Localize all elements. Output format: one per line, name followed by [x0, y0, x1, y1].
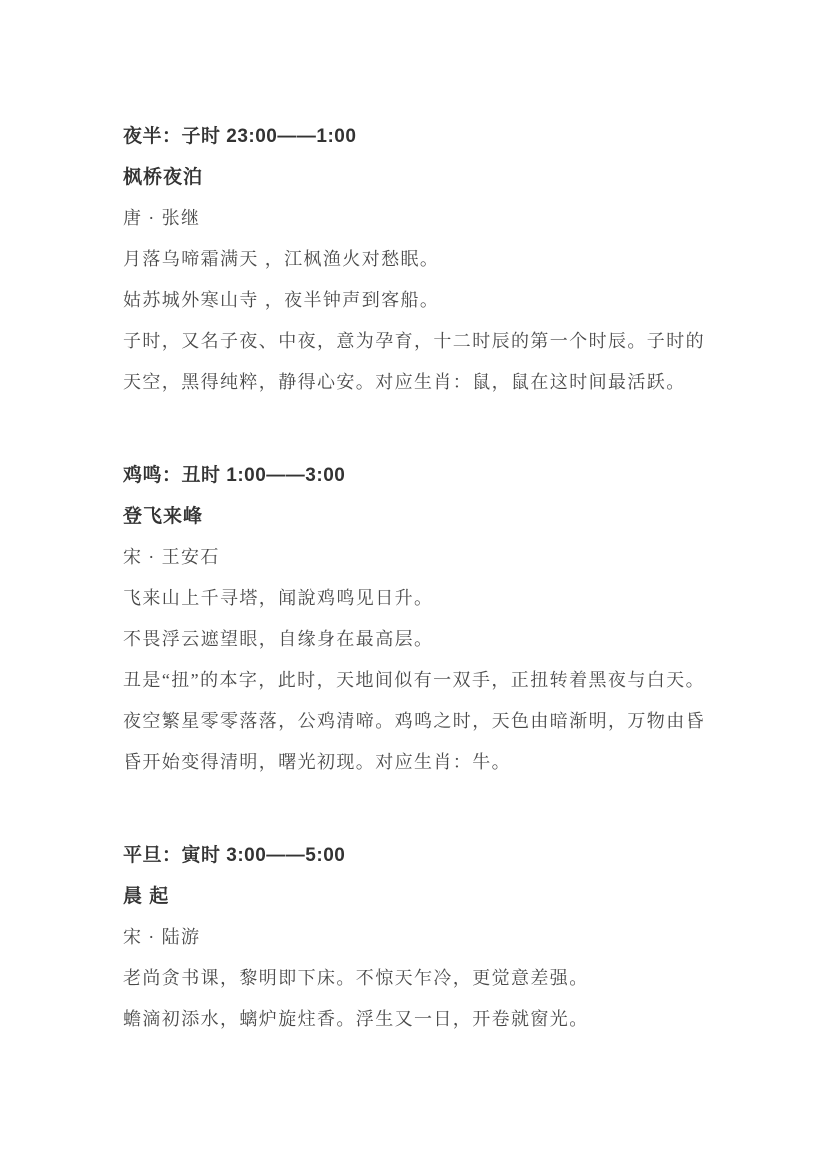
poem-title: 枫桥夜泊 [123, 157, 705, 198]
section-heading: 夜半：子时 23:00——1:00 [123, 116, 705, 157]
poem-line: 老尚贪书课，黎明即下床。不惊天乍冷，更觉意差强。 [123, 958, 705, 999]
poem-author: 宋 · 王安石 [123, 537, 705, 578]
poem-line: 姑苏城外寒山寺 ，夜半钟声到客船。 [123, 280, 705, 321]
poem-title: 登飞来峰 [123, 496, 705, 537]
poem-line: 月落乌啼霜满天 ，江枫渔火对愁眠。 [123, 239, 705, 280]
section-yinshi: 平旦：寅时 3:00——5:00 晨 起 宋 · 陆游 老尚贪书课，黎明即下床。… [123, 835, 705, 1040]
section-zishi: 夜半：子时 23:00——1:00 枫桥夜泊 唐 · 张继 月落乌啼霜满天 ，江… [123, 116, 705, 403]
section-heading: 鸡鸣：丑时 1:00——3:00 [123, 455, 705, 496]
commentary-paragraph: 丑是“扭”的本字，此时，天地间似有一双手，正扭转着黑夜与白天。夜空繁星零零落落，… [123, 660, 705, 783]
commentary-paragraph: 子时，又名子夜、中夜，意为孕育，十二时辰的第一个时辰。子时的天空，黑得纯粹，静得… [123, 321, 705, 403]
poem-line: 不畏浮云遮望眼，自缘身在最高层。 [123, 619, 705, 660]
poem-line: 飞来山上千寻塔，闻說鸡鸣见日升。 [123, 578, 705, 619]
document-page: 夜半：子时 23:00——1:00 枫桥夜泊 唐 · 张继 月落乌啼霜满天 ，江… [0, 0, 826, 1169]
section-heading: 平旦：寅时 3:00——5:00 [123, 835, 705, 876]
poem-author: 宋 · 陆游 [123, 917, 705, 958]
poem-title: 晨 起 [123, 876, 705, 917]
poem-author: 唐 · 张继 [123, 198, 705, 239]
poem-line: 蟾滴初添水，螭炉旋炷香。浮生又一日，开卷就窗光。 [123, 999, 705, 1040]
section-choushi: 鸡鸣：丑时 1:00——3:00 登飞来峰 宋 · 王安石 飞来山上千寻塔，闻說… [123, 455, 705, 783]
